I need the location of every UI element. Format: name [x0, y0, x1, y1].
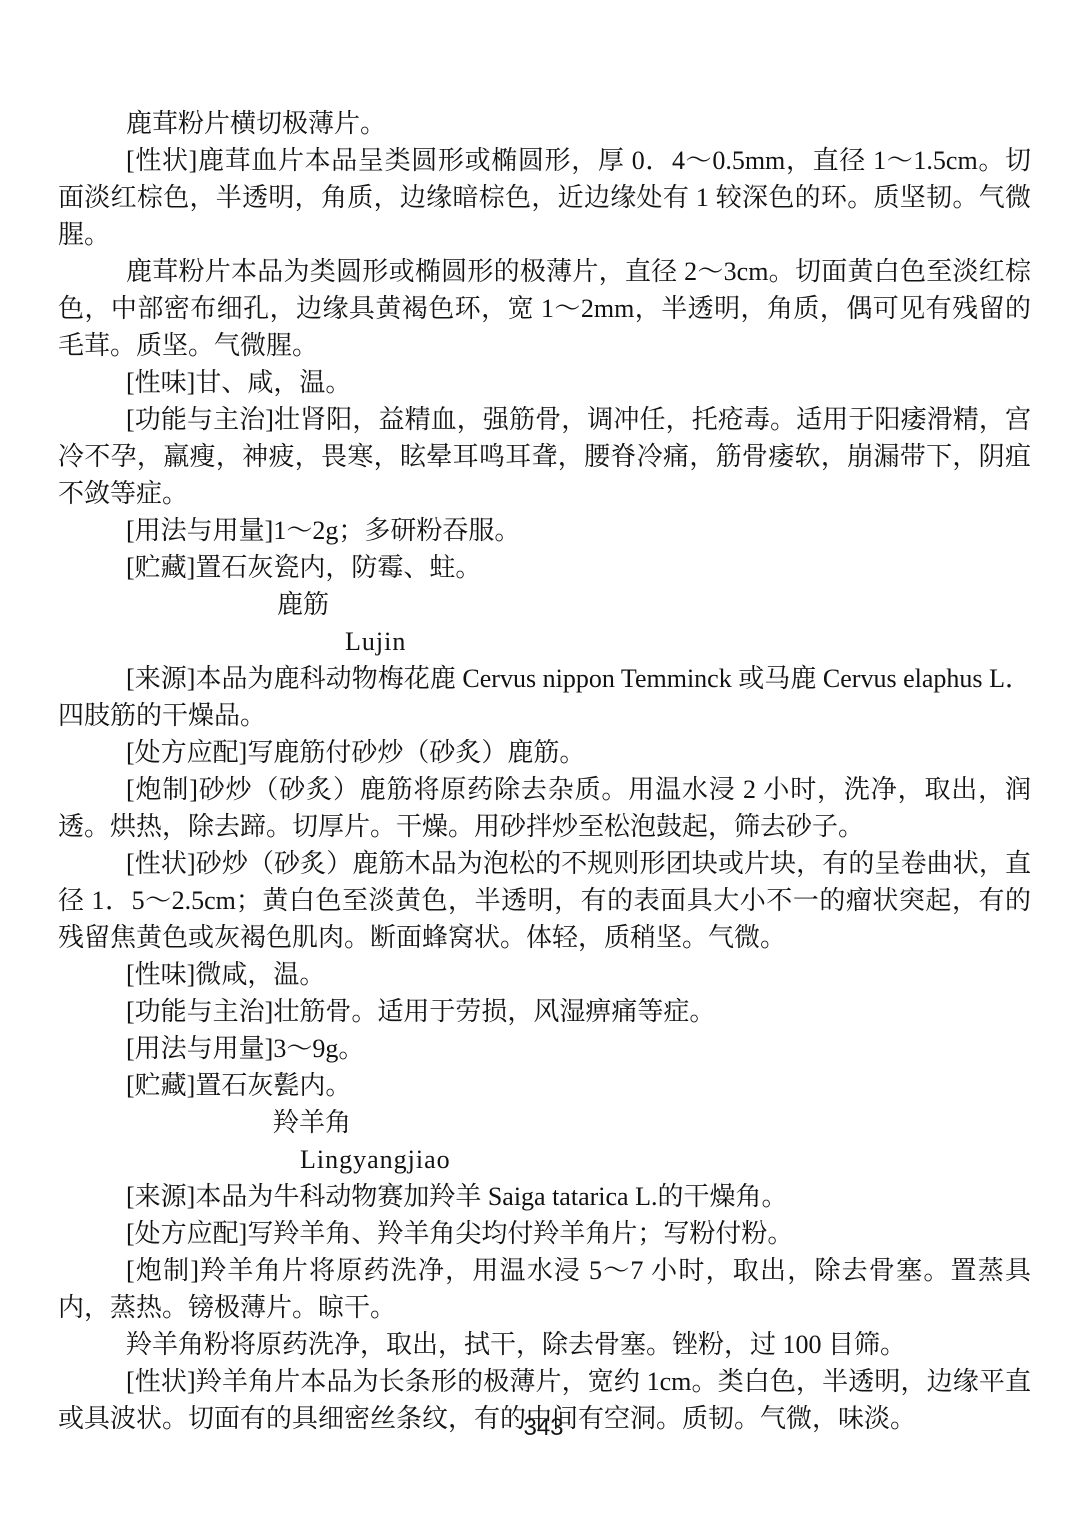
paragraph: 鹿茸粉片本品为类圆形或椭圆形的极薄片，直径 2～3cm。切面黄白色至淡红棕色，中… [58, 253, 1031, 364]
paragraph-yongfa-yongliang: [用法与用量]3～9g。 [58, 1030, 1031, 1067]
page-body-text: 鹿茸粉片横切极薄片。 [性状]鹿茸血片本品呈类圆形或椭圆形，厚 0．4～0.5m… [58, 105, 1031, 1437]
entry-title-pinyin: Lingyangjiao [58, 1141, 1031, 1178]
paragraph-chufang-yingpei: [处方应配]写鹿筋付砂炒（砂炙）鹿筋。 [58, 734, 1031, 771]
paragraph-laiyuan: [来源]本品为鹿科动物梅花鹿 Cervus nippon Temminck 或马… [58, 660, 1031, 734]
entry-title-chinese: 鹿筋 [58, 586, 1031, 623]
paragraph-zhucang: [贮藏]置石灰甏内。 [58, 1067, 1031, 1104]
document-page: 鹿茸粉片横切极薄片。 [性状]鹿茸血片本品呈类圆形或椭圆形，厚 0．4～0.5m… [0, 0, 1087, 1536]
paragraph-xingzhuang: [性状]砂炒（砂炙）鹿筋木品为泡松的不规则形团块或片块，有的呈卷曲状，直径 1．… [58, 845, 1031, 956]
paragraph-yongfa-yongliang: [用法与用量]1～2g；多研粉吞服。 [58, 512, 1031, 549]
page-number: 343 [0, 1414, 1087, 1442]
paragraph-gongneng-zhuzhi: [功能与主治]壮筋骨。适用于劳损，风湿痹痛等症。 [58, 993, 1031, 1030]
paragraph: 羚羊角粉将原药洗净，取出，拭干，除去骨塞。锉粉，过 100 目筛。 [58, 1326, 1031, 1363]
paragraph-zhucang: [贮藏]置石灰瓷内，防霉、蛀。 [58, 549, 1031, 586]
paragraph-chufang-yingpei: [处方应配]写羚羊角、羚羊角尖均付羚羊角片；写粉付粉。 [58, 1215, 1031, 1252]
entry-title-chinese: 羚羊角 [58, 1104, 1031, 1141]
paragraph-xingzhuang: [性状]鹿茸血片本品呈类圆形或椭圆形，厚 0．4～0.5mm，直径 1～1.5c… [58, 142, 1031, 253]
paragraph-paozhi: [炮制]砂炒（砂炙）鹿筋将原药除去杂质。用温水浸 2 小时，洗净，取出，润透。烘… [58, 771, 1031, 845]
paragraph-gongneng-zhuzhi: [功能与主治]壮肾阳，益精血，强筋骨，调冲任，托疮毒。适用于阳痿滑精，宫冷不孕，… [58, 401, 1031, 512]
paragraph-paozhi: [炮制]羚羊角片将原药洗净，用温水浸 5～7 小时，取出，除去骨塞。置蒸具内，蒸… [58, 1252, 1031, 1326]
paragraph-xingwei: [性味]微咸，温。 [58, 956, 1031, 993]
paragraph: 鹿茸粉片横切极薄片。 [58, 105, 1031, 142]
paragraph-xingwei: [性味]甘、咸，温。 [58, 364, 1031, 401]
paragraph-laiyuan: [来源]本品为牛科动物赛加羚羊 Saiga tatarica L.的干燥角。 [58, 1178, 1031, 1215]
entry-title-pinyin: Lujin [58, 623, 1031, 660]
